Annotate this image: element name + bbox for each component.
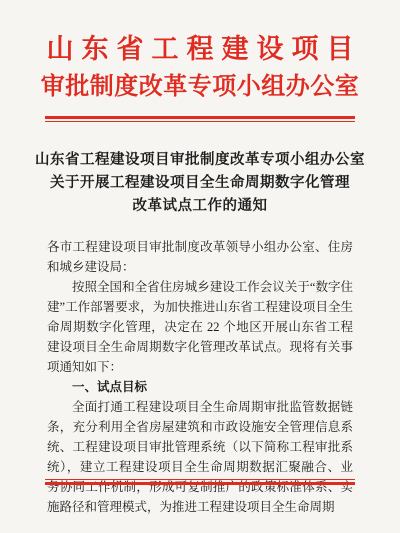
document-body: 各市工程建设项目审批制度改革领导小组办公室、住房和城乡建设局： 按照全国和全省住… — [47, 237, 353, 517]
document-title-line3: 改革试点工作的通知 — [0, 195, 400, 218]
letterhead-divider-rule — [45, 116, 355, 122]
document-title: 山东省工程建设项目审批制度改革专项小组办公室 关于开展工程建设项目全生命周期数字… — [0, 149, 400, 218]
salutation: 各市工程建设项目审批制度改革领导小组办公室、住房和城乡建设局： — [47, 237, 353, 277]
paragraph-pilot-goal: 全面打通工程建设项目全生命周期审批监管数据链条，充分利用全省房屋建筑和市政设施安… — [47, 397, 353, 517]
footer-divider-rule — [45, 479, 355, 485]
document-title-line1: 山东省工程建设项目审批制度改革专项小组办公室 — [0, 149, 400, 172]
letterhead-title-line2: 审批制度改革专项小组办公室 — [0, 71, 400, 103]
paragraph-intro: 按照全国和全省住房城乡建设工作会议关于“数字住建”工作部署要求，为加快推进山东省… — [47, 277, 353, 377]
section-heading-pilot-goal: 一、试点目标 — [47, 377, 353, 397]
letterhead-title-line1: 山东省工程建设项目 — [0, 32, 400, 66]
letterhead: 山东省工程建设项目 审批制度改革专项小组办公室 — [0, 0, 400, 103]
document-page: 山东省工程建设项目 审批制度改革专项小组办公室 山东省工程建设项目审批制度改革专… — [0, 0, 400, 533]
document-title-line2: 关于开展工程建设项目全生命周期数字化管理 — [0, 172, 400, 195]
